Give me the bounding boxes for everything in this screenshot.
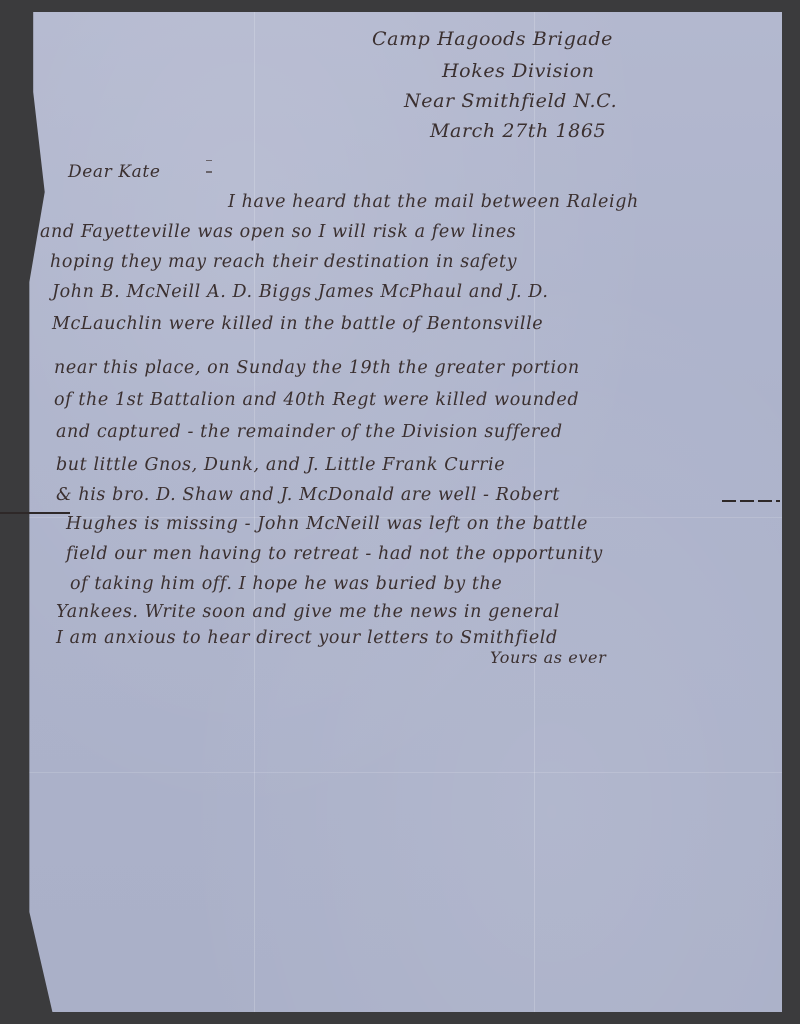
body-line: Yankees. Write soon and give me the news… — [56, 602, 560, 622]
paper-crease — [14, 772, 782, 773]
salutation: Dear Kate — [68, 162, 160, 182]
document-viewer: Camp Hagoods Brigade Hokes Division Near… — [0, 0, 800, 1024]
body-line: I am anxious to hear direct your letters… — [56, 628, 558, 648]
body-line: field our men having to retreat - had no… — [66, 544, 603, 564]
body-line: of taking him off. I hope he was buried … — [70, 574, 502, 594]
body-line: & his bro. D. Shaw and J. McDonald are w… — [56, 485, 560, 505]
body-line: Hughes is missing - John McNeill was lef… — [66, 514, 588, 534]
margin-ink-stroke — [0, 512, 70, 514]
body-line: near this place, on Sunday the 19th the … — [54, 358, 580, 378]
body-line: I have heard that the mail between Ralei… — [228, 192, 639, 212]
heading-line-date: March 27th 1865 — [430, 120, 606, 142]
body-line: and captured - the remainder of the Divi… — [56, 422, 563, 442]
body-line: McLauchlin were killed in the battle of … — [52, 314, 543, 334]
body-line: of the 1st Battalion and 40th Regt were … — [54, 390, 579, 410]
paper-crease — [254, 12, 255, 1012]
body-line: hoping they may reach their destination … — [50, 252, 517, 272]
paper-crease — [534, 12, 535, 1012]
strikethrough-stroke — [722, 500, 780, 502]
body-line: and Fayetteville was open so I will risk… — [40, 222, 516, 242]
closing: Yours as ever — [490, 648, 606, 667]
heading-line-location: Near Smithfield N.C. — [404, 90, 617, 112]
heading-line-division: Hokes Division — [442, 60, 595, 82]
body-line: but little Gnos, Dunk, and J. Little Fra… — [56, 455, 505, 475]
body-line: John B. McNeill A. D. Biggs James McPhau… — [52, 282, 548, 302]
heading-line-camp: Camp Hagoods Brigade — [372, 28, 613, 50]
ink-mark — [206, 160, 212, 173]
